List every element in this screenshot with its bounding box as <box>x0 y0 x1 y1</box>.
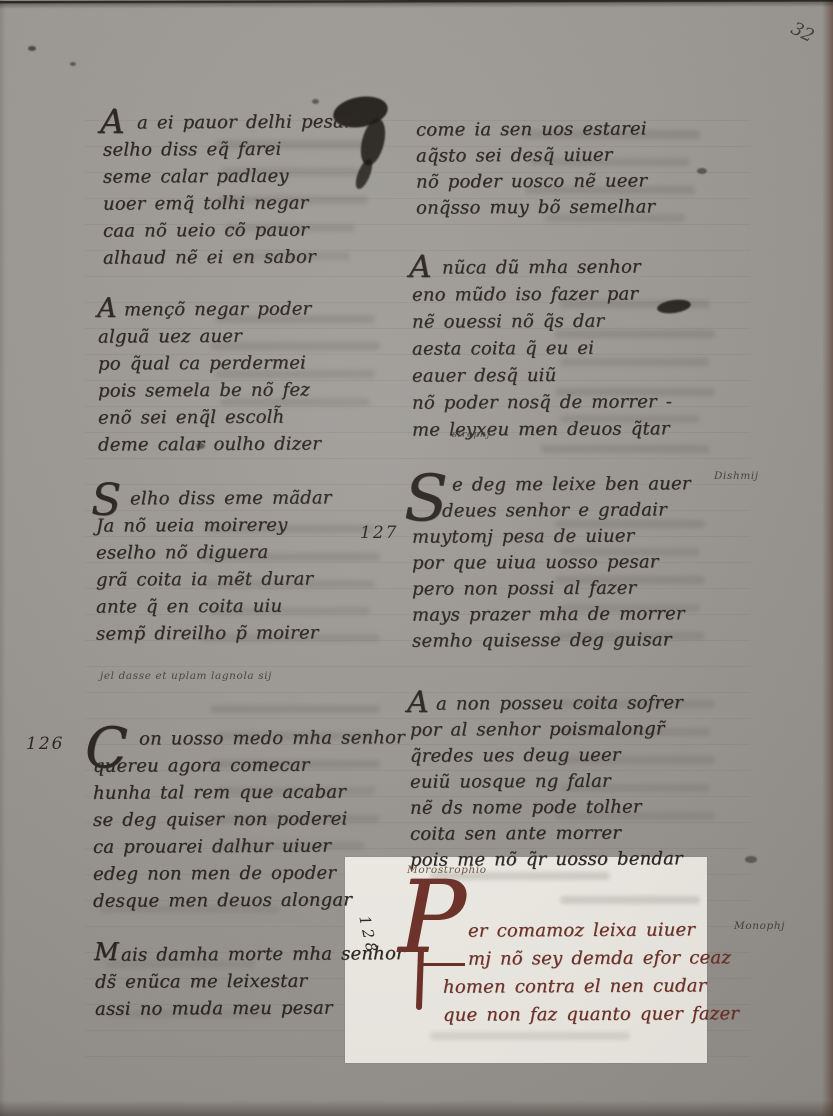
verse-line: me leyxeu men deuos q̃tar <box>412 415 672 443</box>
ink-mark <box>697 168 707 174</box>
stanza-lines: come ia sen uos estareiaq̃sto sei desq̃ … <box>416 117 655 221</box>
verse-line: a non posseu coita sofrer <box>410 690 683 717</box>
verse-line: semho quisesse deg guisar <box>412 627 691 654</box>
verse-line: nẽ ds nome pode tolher <box>410 794 683 821</box>
verse-line: por al senhor poismalongr̃ <box>410 716 683 743</box>
stanza-lines: a ei pauor delhi pesarselho diss eq̃ far… <box>103 109 353 271</box>
verse-line: muytomj pesa de uiuer <box>412 523 691 550</box>
stanza-lines: elho diss eme mãdarJa nõ ueia moirereyes… <box>96 485 332 647</box>
page-top-edge <box>0 0 833 9</box>
monoph-note: Monophj <box>734 920 785 932</box>
verse-line: uoer emq̃ tolhi negar <box>103 189 353 217</box>
verse-line: euiũ uosque ng falar <box>410 768 683 795</box>
stanza-right-2: A nũca dũ mha senhoreno mũdo iso fazer p… <box>412 254 672 443</box>
stanza-initial: A <box>409 255 431 280</box>
margin-number-126: 126 <box>26 734 64 754</box>
stanza-left-4: C on uosso medo mha senhorquereu agora c… <box>93 725 405 914</box>
verse-line: eauer desq̃ uiũ <box>412 361 672 389</box>
stanza-left-2: A mençõ negar poderalguã uez auerpo q̃ua… <box>98 296 321 458</box>
stanza-lines: e deg me leixe ben auerdeues senhor e gr… <box>412 472 691 654</box>
verse-line: grã coita ia mẽt durar <box>96 565 332 593</box>
stanza-right-3: S e deg me leixe ben auerdeues senhor e … <box>412 472 691 654</box>
stanza-right-1: come ia sen uos estareiaq̃sto sei desq̃ … <box>416 117 655 221</box>
verse-line: aesta coita q̃ eu ei <box>412 334 672 362</box>
verse-line: eno mũdo iso fazer par <box>412 280 672 308</box>
verse-line: selho diss eq̃ farei <box>103 135 353 163</box>
stanza-lines: nũca dũ mha senhoreno mũdo iso fazer par… <box>412 254 672 443</box>
verse-line: se deg quiser non poderei <box>93 805 405 834</box>
ink-mark <box>312 99 319 104</box>
verse-line: elho diss eme mãdar <box>96 484 332 512</box>
stanza-lines: ais damha morte mha senhords̃ enũca me l… <box>95 941 405 1022</box>
verse-line: enõ sei enq̃l escolh̃ <box>98 403 321 431</box>
verse-line: on uosso medo mha senhor <box>93 724 405 753</box>
bleed-through-line <box>540 445 710 453</box>
verse-line: hunha tal rem que acabar <box>93 778 405 807</box>
stanza-initial: S <box>91 483 121 518</box>
stanza-initial: A <box>407 691 429 715</box>
ink-mark <box>70 62 76 66</box>
verse-line: coita sen ante morrer <box>410 820 683 847</box>
scribal-note: jel dasse et uplam lagnola sij <box>100 670 272 682</box>
verse-line: ca prouarei dalhur uiuer <box>93 832 405 861</box>
stanza-lines: mençõ negar poderalguã uez auerpo q̃ual … <box>98 296 321 458</box>
verse-line: desque men deuos alongar <box>93 886 405 915</box>
margin-number-127: 127 <box>360 523 398 543</box>
bleed-through-line <box>430 1032 630 1040</box>
verse-line: er comamoz leixa uiuer <box>443 916 739 946</box>
stanza-initial: A <box>100 109 125 136</box>
verse-line: deme calar oulho dizer <box>98 430 321 458</box>
verse-line: que non faz quanto quer fazer <box>443 1000 739 1030</box>
stanza-lines: er comamoz leixa uiuermj nõ sey demda ef… <box>443 917 739 1029</box>
strophe-note: strophj <box>452 429 490 440</box>
stanza-left-1: A a ei pauor delhi pesarselho diss eq̃ f… <box>103 109 353 271</box>
stanza-initial: C <box>85 727 128 772</box>
verse-line: homen contra el nen cudar <box>443 972 739 1002</box>
verse-line: a ei pauor delhi pesar <box>103 108 353 136</box>
verse-line: pero non possi al fazer <box>412 575 691 602</box>
verse-line: Ja nõ ueia moirerey <box>96 511 332 539</box>
stanza-rubric: er comamoz leixa uiuermj nõ sey demda ef… <box>443 917 739 1029</box>
verse-line: nõ poder uosco nẽ ueer <box>416 168 655 195</box>
verse-line: alhaud nẽ ei en sabor <box>103 243 353 271</box>
verse-line: nẽ ouessi nõ q̃s dar <box>412 307 672 335</box>
verse-line: ais damha morte mha senhor <box>95 940 405 969</box>
verse-line: por que uiua uosso pesar <box>412 549 691 576</box>
verse-line: po q̃ual ca perdermei <box>98 349 321 377</box>
stanza-lines: a non posseu coita sofrerpor al senhor p… <box>410 691 683 873</box>
verse-line: pois semela be nõ fez <box>98 376 321 404</box>
rubric-initial-P: P <box>398 868 465 968</box>
dist-note: Dishmij <box>714 470 759 482</box>
ink-mark <box>745 856 757 863</box>
verse-line: quereu agora comecar <box>93 751 405 780</box>
rubric-initial-flourish <box>421 963 465 966</box>
verse-line: ante q̃ en coita uiu <box>96 592 332 620</box>
verse-line: mj nõ sey demda efor ceaz <box>443 944 739 974</box>
verse-line: e deg me leixe ben auer <box>412 471 691 498</box>
verse-line: semp̃ direilho p̃ moirer <box>96 619 332 647</box>
stanza-initial: M <box>94 943 119 962</box>
verse-line: come ia sen uos estarei <box>416 116 655 143</box>
stanza-right-4: A a non posseu coita sofrerpor al senhor… <box>410 691 683 873</box>
ink-mark <box>28 46 36 51</box>
verse-line: nõ poder nosq̃ de morrer - <box>412 388 672 416</box>
verse-line: aq̃sto sei desq̃ uiuer <box>416 142 655 169</box>
stanza-initial: A <box>97 298 117 320</box>
manuscript-page: 32 A a ei pauor delhi pesarselho diss eq… <box>0 0 833 1116</box>
verse-line: mays prazer mha de morrer <box>412 601 691 628</box>
verse-line: assi no muda meu pesar <box>95 994 405 1023</box>
stanza-left-5: M ais damha morte mha senhords̃ enũca me… <box>95 941 405 1022</box>
verse-line: alguã uez auer <box>98 322 321 350</box>
verse-line: ds̃ enũca me leixestar <box>95 967 405 996</box>
stanza-lines: on uosso medo mha senhorquereu agora com… <box>93 725 405 914</box>
verse-line: mençõ negar poder <box>98 295 321 323</box>
bleed-through-line <box>560 896 700 904</box>
folio-number: 32 <box>788 18 818 47</box>
verse-line: edeg non men de opoder <box>93 859 405 888</box>
verse-line: seme calar padlaey <box>103 162 353 190</box>
verse-line: q̃redes ues deug ueer <box>410 742 683 769</box>
stanza-initial: S <box>404 474 448 525</box>
bleed-through-line <box>210 705 380 713</box>
verse-line: deues senhor e gradair <box>412 497 691 524</box>
verse-line: caa nõ ueio cõ pauor <box>103 216 353 244</box>
stanza-left-3: S elho diss eme mãdarJa nõ ueia moirerey… <box>96 485 332 647</box>
verse-line: nũca dũ mha senhor <box>412 253 672 281</box>
verse-line: onq̃sso muy bõ semelhar <box>416 194 655 221</box>
verse-line: eselho nõ diguera <box>96 538 332 566</box>
